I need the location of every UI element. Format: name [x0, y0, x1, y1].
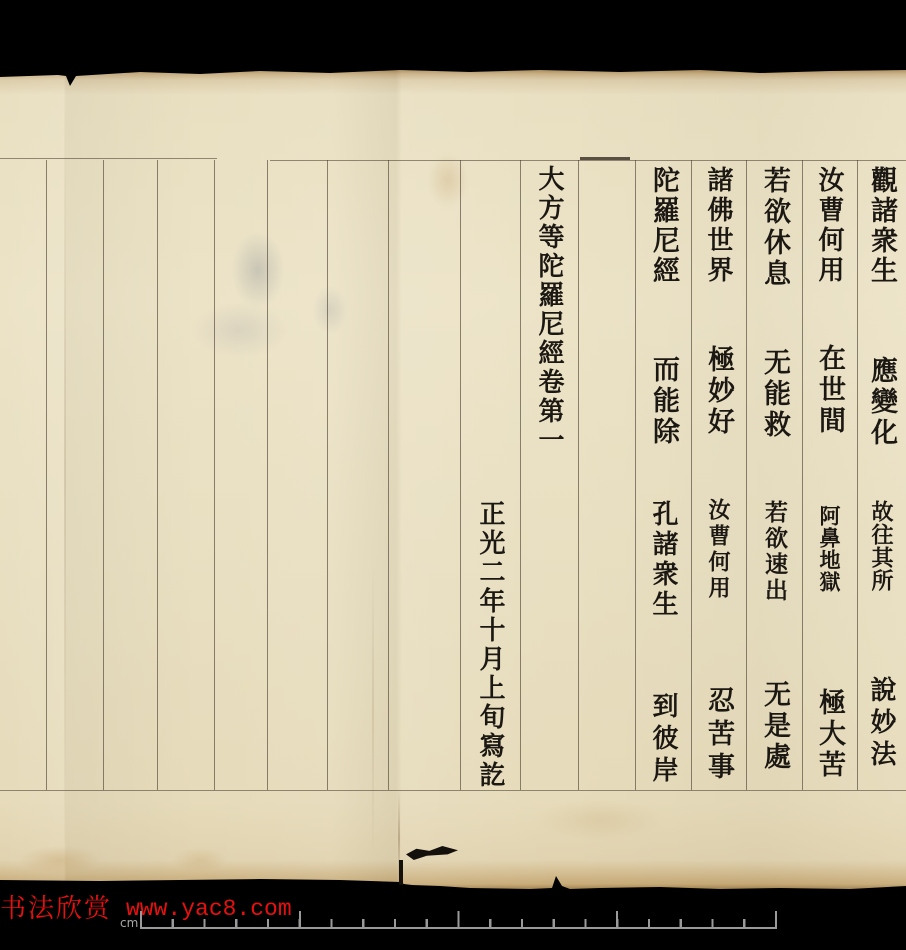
- column-rule: [327, 160, 328, 790]
- paper-tear: [399, 860, 403, 885]
- verse-phrase: 若欲休息: [756, 166, 792, 290]
- verse-phrase: 汝曹何用: [811, 166, 847, 286]
- paper-crease: [372, 560, 374, 860]
- sutra-title-column: 大方等陀羅尼經卷第一: [531, 0, 567, 950]
- scale-ruler: [140, 911, 778, 929]
- ruler-unit-label: cm: [120, 916, 138, 930]
- text-column-3: 若欲休息 无能救 若欲速出 无是處: [756, 0, 792, 950]
- text-column-2: 汝曹何用 在世間 阿鼻地獄 極大苦: [811, 0, 847, 950]
- ruler-major-ticks: [140, 911, 778, 929]
- verse-phrase: 觀諸衆生: [863, 166, 899, 286]
- grid-top-rule: [0, 158, 217, 159]
- verse-phrase: 說妙法: [863, 676, 899, 772]
- column-rule: [691, 160, 692, 790]
- verse-phrase: 應變化: [863, 356, 899, 449]
- column-rule: [460, 160, 461, 790]
- verse-phrase: 若欲速出: [756, 500, 792, 604]
- watermark-site-name: 书法欣赏: [0, 894, 112, 924]
- verse-phrase: 極妙好: [700, 345, 736, 438]
- paper-crease: [64, 80, 66, 860]
- verse-phrase: 故往其所: [863, 500, 899, 592]
- verse-phrase: 極大苦: [811, 688, 847, 781]
- grid-top-rule-ink: [580, 157, 630, 160]
- colophon-text: 正光二年十月上旬寫訖: [472, 500, 508, 790]
- verse-phrase: 汝曹何用: [700, 498, 736, 602]
- column-rule: [214, 160, 215, 790]
- text-column-4: 諸佛世界 極妙好 汝曹何用 忍苦事: [700, 0, 736, 950]
- column-rule: [267, 160, 268, 790]
- column-rule: [388, 160, 389, 790]
- verse-phrase: 无能救: [756, 348, 792, 441]
- verse-phrase: 到彼岸: [645, 692, 681, 788]
- column-rule: [103, 160, 104, 790]
- column-rule: [46, 160, 47, 790]
- column-rule: [802, 160, 803, 790]
- text-column-5: 陀羅尼經 而能除 孔諸衆生 到彼岸: [645, 0, 681, 950]
- column-rule: [746, 160, 747, 790]
- column-rule: [157, 160, 158, 790]
- colophon-column: 正光二年十月上旬寫訖: [472, 0, 508, 950]
- verse-phrase: 阿鼻地獄: [811, 505, 847, 593]
- verse-phrase: 孔諸衆生: [645, 500, 681, 620]
- column-rule: [857, 160, 858, 790]
- verse-phrase: 在世間: [811, 344, 847, 437]
- text-column-1: 觀諸衆生 應變化 故往其所 說妙法: [863, 0, 899, 950]
- verse-phrase: 陀羅尼經: [645, 166, 681, 286]
- verse-phrase: 而能除: [645, 355, 681, 448]
- column-rule: [578, 160, 579, 790]
- column-rule: [635, 160, 636, 790]
- verse-phrase: 无是處: [756, 680, 792, 773]
- verse-phrase: 諸佛世界: [700, 166, 736, 286]
- verse-phrase: 忍苦事: [700, 686, 736, 785]
- column-rule: [520, 160, 521, 790]
- sutra-title: 大方等陀羅尼經卷第一: [531, 165, 567, 455]
